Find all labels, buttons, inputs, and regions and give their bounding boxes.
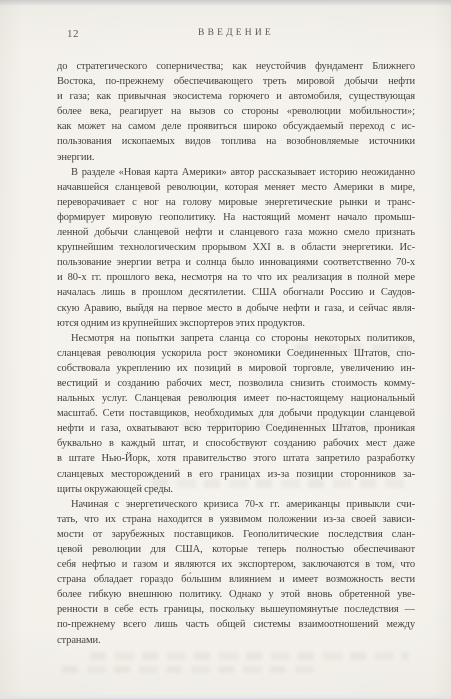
text-line: энергии. (57, 150, 415, 165)
text-line: вестиций и созданию рабочих мест, позвол… (57, 376, 415, 391)
text-line: буквально в каждый штат, и способствуют … (57, 436, 415, 451)
text-line: пользование энергии ветра и солнца было … (57, 255, 415, 270)
text-line: более века, реагирует на вызов со сторон… (57, 104, 415, 119)
text-line: цевой революции для США, которые теперь … (57, 542, 415, 557)
text-line: в штате Нью-Йорк, хотя правительство это… (57, 451, 415, 466)
text-line: Востока, по-прежнему обеспечивающего тре… (57, 74, 415, 89)
text-line: более гибкую внешнюю политику. Однако у … (57, 587, 415, 602)
running-title: ВВЕДЕНИЕ (57, 28, 415, 38)
text-line: началась лишь в прошлом десятилетии. США… (57, 285, 415, 300)
text-line: формирует мировую геополитику. На настоя… (57, 210, 415, 225)
text-line: тать, что их страна находится в уязвимом… (57, 512, 415, 527)
text-line: Несмотря на попытки запрета сланца со ст… (57, 331, 415, 346)
text-line: ленной добычи сланцевой нефти и сланцево… (57, 225, 415, 240)
text-line: щиты окружающей среды. (57, 482, 415, 497)
text-line: до стратегического соперничества; как не… (57, 59, 415, 74)
text-line: себя нефтью и газом и являются их экспор… (57, 557, 415, 572)
text-line: масштаб. Сети поставщиков, необходимых д… (57, 406, 415, 421)
text-line: пользования ископаемых видов топлива на … (57, 134, 415, 149)
page-body: до стратегического соперничества; как не… (57, 59, 415, 648)
book-page-photo: 12 ВВЕДЕНИЕ до стратегического соперниче… (0, 0, 451, 699)
page-number: 12 (67, 28, 79, 40)
text-line: начавшейся сланцевой революции, которая … (57, 180, 415, 195)
text-line: ренности в себе есть границы, поскольку … (57, 602, 415, 617)
text-line: мости от зарубежных поставщиков. Геополи… (57, 527, 415, 542)
text-line: и газа; как привычная экосистема горючег… (57, 89, 415, 104)
text-line: сланцевая революция ускорила рост эконом… (57, 346, 415, 361)
text-line: собствовала укреплению их позиций в миро… (57, 361, 415, 376)
text-line: нальных услуг. Сланцевая революция имеет… (57, 391, 415, 406)
text-line: как может на самом деле проявиться широк… (57, 119, 415, 134)
text-line: странами. (57, 633, 415, 648)
running-head: 12 ВВЕДЕНИЕ (57, 28, 415, 42)
text-line: переворачивает с ног на голову мировые э… (57, 195, 415, 210)
book-top-edge (0, 0, 451, 6)
ink-bleed-through (62, 666, 318, 673)
book-bottom-edge (0, 694, 451, 699)
text-line: по-прежнему всего лишь часть общей систе… (57, 617, 415, 632)
text-line: скую Аравию, выйдя на первое место в доб… (57, 301, 415, 316)
ink-bleed-through (90, 652, 408, 660)
text-line: нефти и газа, охватывают всю территорию … (57, 421, 415, 436)
text-line: Начиная с энергетического кризиса 70-х г… (57, 497, 415, 512)
text-line: В разделе «Новая карта Америки» автор ра… (57, 165, 415, 180)
text-line: страна обладает гораздо бо́льшим влияние… (57, 572, 415, 587)
text-line: крупнейшим технологическим прорывом XXI … (57, 240, 415, 255)
text-line: сланцевых месторождений в его границах и… (57, 467, 415, 482)
text-line: и 80-х гг. прошлого века, несмотря на то… (57, 270, 415, 285)
text-line: ются одним из крупнейших экспортеров эти… (57, 316, 415, 331)
